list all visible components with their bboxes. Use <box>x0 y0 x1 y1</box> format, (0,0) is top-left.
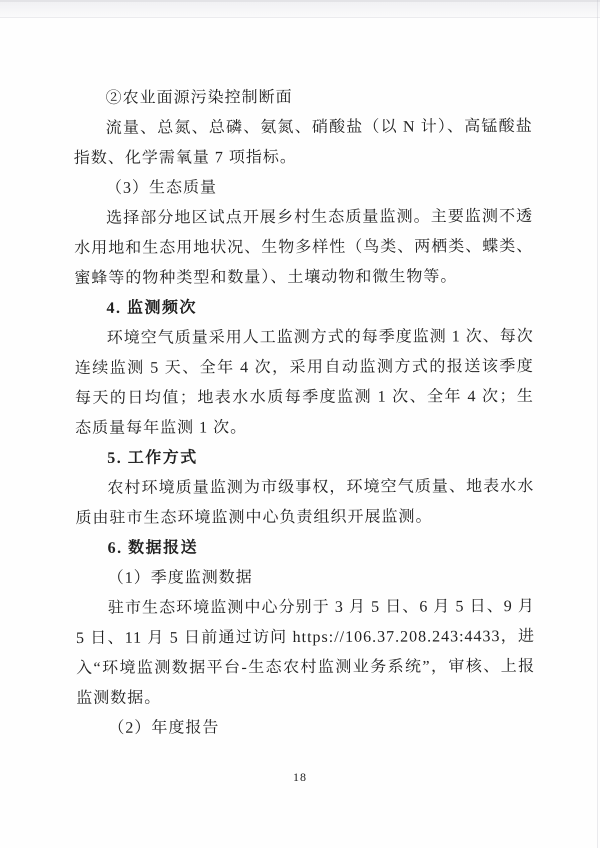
para-work-method-body: 农村环境质量监测为市级事权，环境空气质量、地表水水质由驻市生态环境监测中心负责组… <box>75 472 534 534</box>
scan-edge-top <box>0 0 600 18</box>
scan-edge-right <box>597 0 598 848</box>
para-quarterly-data-subheading: （1）季度监测数据 <box>76 562 535 594</box>
heading-data-submission: 6. 数据报送 <box>76 532 535 564</box>
para-quarterly-data-body: 驻市生态环境监测中心分别于 3 月 5 日、6 月 5 日、9 月 5 日、11… <box>76 592 536 714</box>
para-eco-quality-subheading: （3）生态质量 <box>74 172 533 204</box>
para-eco-quality-body: 选择部分地区试点开展乡村生态质量监测。主要监测不透水用地和生态用地状况、生物多样… <box>74 202 533 294</box>
page-number: 18 <box>0 770 600 785</box>
para-pollution-indicators: 流量、总氮、总磷、氨氮、硝酸盐（以 N 计）、高锰酸盐指数、化学需氧量 7 项指… <box>74 112 533 174</box>
para-monitoring-frequency-body: 环境空气质量采用人工监测方式的每季度监测 1 次、每次连续监测 5 天、全年 4… <box>75 322 535 444</box>
heading-work-method: 5. 工作方式 <box>75 442 534 474</box>
heading-monitoring-frequency: 4. 监测频次 <box>74 292 533 324</box>
para-annual-report-subheading: （2）年度报告 <box>76 712 535 744</box>
para-agricultural-pollution-section-title: ②农业面源污染控制断面 <box>74 82 533 114</box>
document-page-content: ②农业面源污染控制断面 流量、总氮、总磷、氨氮、硝酸盐（以 N 计）、高锰酸盐指… <box>74 82 536 744</box>
